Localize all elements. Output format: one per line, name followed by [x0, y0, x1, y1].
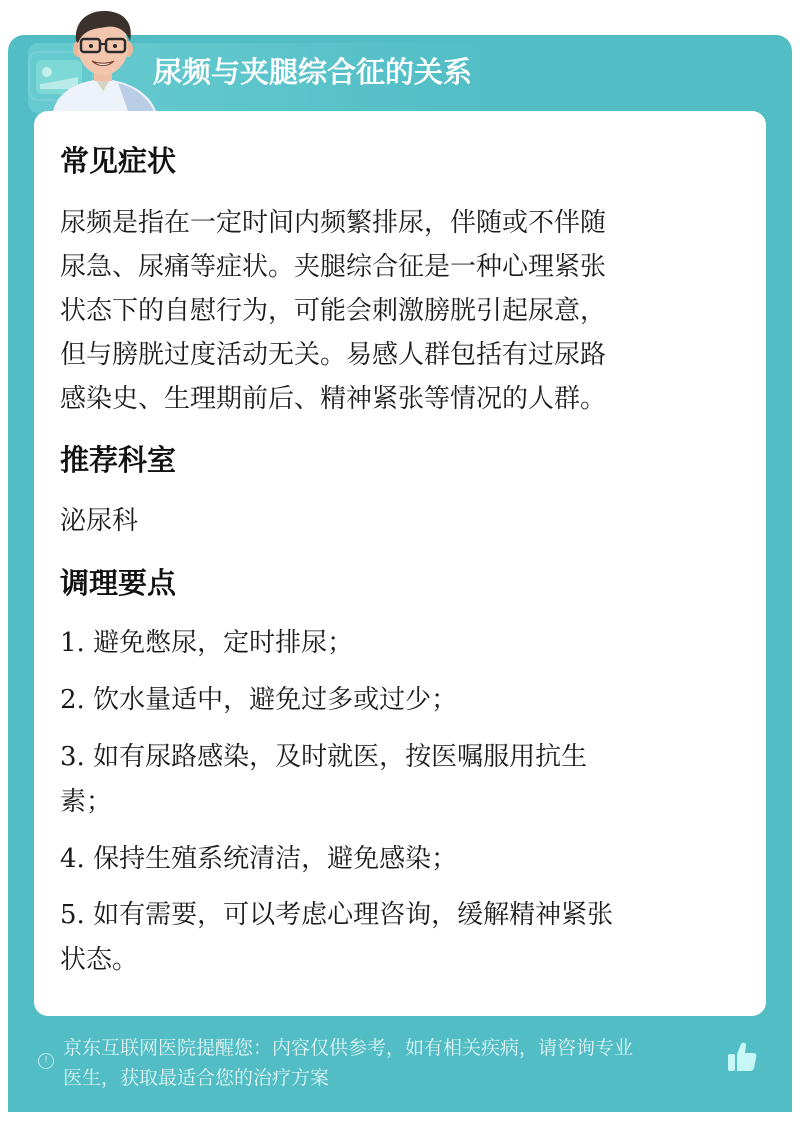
list-number: 1.: [60, 628, 85, 658]
care-list-item: 2. 饮水量适中，避免过多或过少；: [60, 678, 740, 723]
thumbs-up-icon[interactable]: [726, 1041, 758, 1073]
list-text: 避免憋尿，定时排尿；: [93, 628, 353, 658]
page-title: 尿频与夹腿综合征的关系: [153, 50, 472, 91]
list-number: 2.: [60, 685, 85, 715]
list-number: 5.: [60, 900, 85, 930]
symptoms-paragraph: 尿频是指在一定时间内频繁排尿，伴随或不伴随 尿急、尿痛等症状。夹腿综合征是一种心…: [60, 201, 740, 421]
info-circle-icon: !: [38, 1053, 54, 1069]
care-list-item: 5. 如有需要，可以考虑心理咨询，缓解精神紧张 状态。: [60, 893, 740, 983]
disclaimer-line: 医生，获取最适合您的治疗方案: [63, 1063, 733, 1093]
symptoms-line: 感染史、生理期前后、精神紧张等情况的人群。: [60, 377, 740, 421]
symptoms-line: 尿频是指在一定时间内频繁排尿，伴随或不伴随: [60, 201, 740, 245]
list-text: 素；: [60, 787, 112, 817]
doctor-avatar-icon: [48, 11, 158, 111]
disclaimer-text: 京东互联网医院提醒您：内容仅供参考，如有相关疾病，请咨询专业 医生，获取最适合您…: [63, 1033, 733, 1093]
list-number: 4.: [60, 844, 85, 874]
care-list-item: 1. 避免憋尿，定时排尿；: [60, 621, 740, 666]
list-text: 保持生殖系统清洁，避免感染；: [93, 844, 457, 874]
department-value: 泌尿科: [60, 499, 740, 543]
list-text: 饮水量适中，避免过多或过少；: [93, 685, 457, 715]
list-number: 3.: [60, 742, 85, 772]
disclaimer-footer: ! 京东互联网医院提醒您：内容仅供参考，如有相关疾病，请咨询专业 医生，获取最适…: [8, 1033, 792, 1103]
section-title-care: 调理要点: [60, 561, 176, 602]
section-title-symptoms: 常见症状: [60, 139, 176, 180]
article-panel: 尿频与夹腿综合征的关系 常见症状 尿频是指在一定时间内频繁排尿，伴随或不伴随 尿…: [8, 35, 792, 1112]
list-text: 如有尿路感染，及时就医，按医嘱服用抗生: [93, 742, 587, 772]
symptoms-line: 状态下的自慰行为，可能会刺激膀胱引起尿意，: [60, 289, 740, 333]
care-list-item: 4. 保持生殖系统清洁，避免感染；: [60, 837, 740, 882]
symptoms-line: 尿急、尿痛等症状。夹腿综合征是一种心理紧张: [60, 245, 740, 289]
care-list-item: 3. 如有尿路感染，及时就医，按医嘱服用抗生 素；: [60, 735, 740, 825]
disclaimer-line: 京东互联网医院提醒您：内容仅供参考，如有相关疾病，请咨询专业: [63, 1033, 733, 1063]
symptoms-line: 但与膀胱过度活动无关。易感人群包括有过尿路: [60, 333, 740, 377]
list-text: 状态。: [60, 945, 138, 975]
content-card: 常见症状 尿频是指在一定时间内频繁排尿，伴随或不伴随 尿急、尿痛等症状。夹腿综合…: [34, 111, 766, 1016]
section-title-department: 推荐科室: [60, 438, 176, 479]
list-text: 如有需要，可以考虑心理咨询，缓解精神紧张: [93, 900, 613, 930]
